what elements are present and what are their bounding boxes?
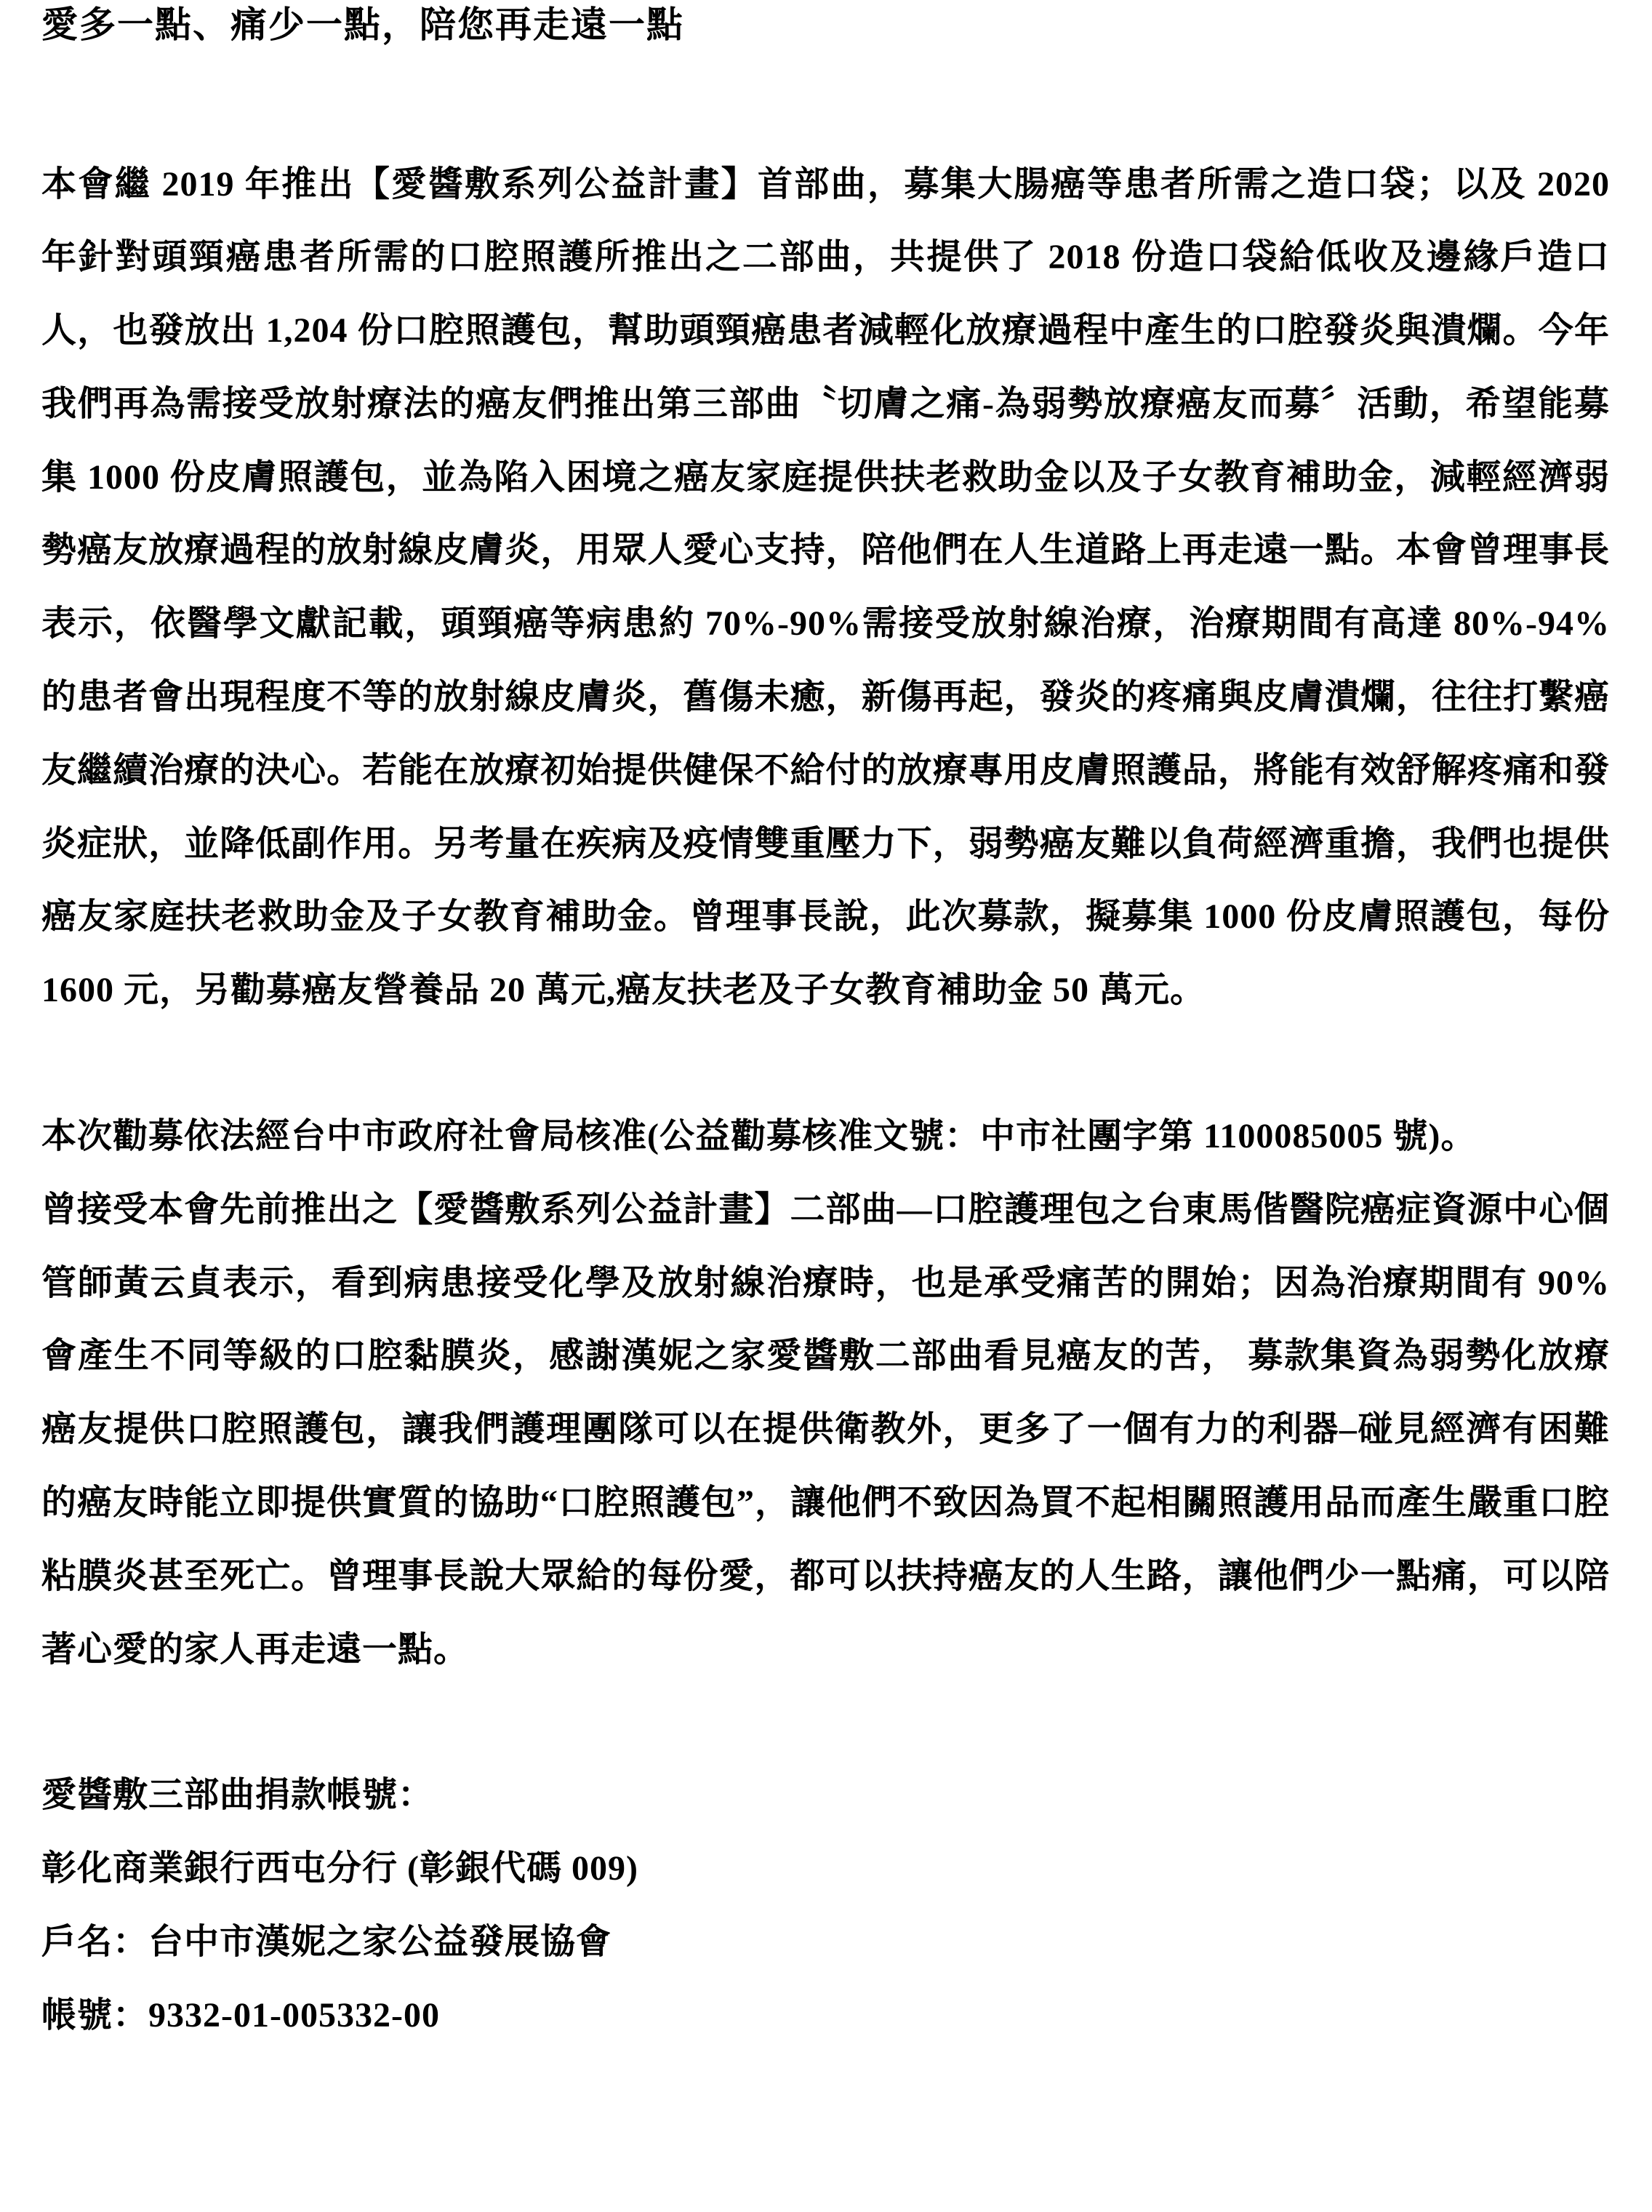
donation-account-name: 戶名：台中市漢妮之家公益發展協會 — [41, 1906, 1610, 1979]
paragraph-hospital-testimonial: 曾接受本會先前推出之【愛醬敷系列公益計畫】二部曲—口腔護理包之台東馬偕醫院癌症資… — [41, 1174, 1610, 1687]
document-page: 愛多一點、痛少一點，陪您再走遠一點 本會繼 2019 年推出【愛醬敷系列公益計畫… — [0, 0, 1652, 2212]
donation-account-number: 帳號：9332-01-005332-00 — [41, 1979, 1610, 2053]
donation-info-block: 愛醬敷三部曲捐款帳號： 彰化商業銀行西屯分行 (彰銀代碼 009) 戶名：台中市… — [41, 1759, 1610, 2052]
paragraph-campaign-overview: 本會繼 2019 年推出【愛醬敷系列公益計畫】首部曲，募集大腸癌等患者所需之造口… — [41, 148, 1610, 1028]
paragraph-approval-number: 本次勸募依法經台中市政府社會局核准(公益勸募核准文號：中市社團字第 110008… — [41, 1100, 1610, 1174]
donation-bank-branch: 彰化商業銀行西屯分行 (彰銀代碼 009) — [41, 1832, 1610, 1906]
donation-heading: 愛醬敷三部曲捐款帳號： — [41, 1759, 1610, 1832]
page-title: 愛多一點、痛少一點，陪您再走遠一點 — [41, 4, 1610, 47]
